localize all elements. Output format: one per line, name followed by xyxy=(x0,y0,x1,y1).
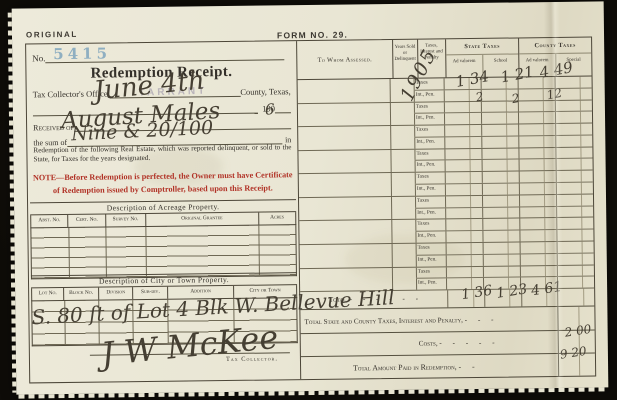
received-of-line: Received of xyxy=(33,118,291,132)
special-cell xyxy=(557,277,594,288)
special-cell xyxy=(556,218,593,229)
receipt-number-stamp: 5415 xyxy=(53,44,111,63)
costs-leader: - - - - - xyxy=(439,339,495,348)
col-abst-no: Abst. No. xyxy=(31,215,68,227)
redemption-body-text: Redemption of the following Real Estate,… xyxy=(33,143,291,165)
city-table-rows xyxy=(31,298,298,346)
special-cell xyxy=(556,171,593,182)
years-cell xyxy=(391,173,415,196)
intpen-row: Int., Pen. xyxy=(416,253,594,266)
years-header: Years Sold or Delinquent xyxy=(392,40,417,78)
special-cell xyxy=(557,241,594,252)
state-adval-cell xyxy=(446,266,483,277)
county-adval-cell xyxy=(519,230,556,241)
col-acres: Acres xyxy=(258,212,296,224)
state-adval-cell xyxy=(446,255,483,266)
intpen-row-label: Int., Pen. xyxy=(414,90,444,101)
assessment-row-pair: Taxes Int., Pen. xyxy=(298,147,592,174)
grand-total-leader: - - xyxy=(459,361,476,370)
intpen-row-label: Int., Pen. xyxy=(415,208,445,219)
assessment-header: To Whom Assessed. Years Sold or Delinque… xyxy=(297,38,591,81)
taxes-interest-header: Taxes, Interest and Penalty xyxy=(417,39,446,77)
special-cell xyxy=(555,124,592,135)
county-adval-cell xyxy=(520,265,557,276)
school-cell xyxy=(482,183,519,194)
whom-assessed-cell xyxy=(300,244,392,268)
state-adval-cell xyxy=(445,184,482,195)
total-label-text: Total, xyxy=(329,296,348,304)
column-rule xyxy=(105,227,107,277)
col-division: Division xyxy=(98,287,133,299)
state-county-total-row: Total State and County Taxes, Interest a… xyxy=(300,306,594,334)
assessment-row-pair: Taxes Int., Pen. xyxy=(298,77,592,104)
col-cert-no: Cert. No. xyxy=(68,215,106,227)
county-adval-cell xyxy=(518,89,555,100)
intpen-row-label: Int., Pen. xyxy=(414,114,444,125)
state-county-leader: - - - xyxy=(465,315,495,323)
received-of-label: Received of xyxy=(33,123,74,132)
intpen-row: Int., Pen. xyxy=(414,88,592,101)
state-adval-cell xyxy=(444,137,481,148)
col-addition: Addition xyxy=(167,286,233,299)
column-rule xyxy=(68,228,70,278)
school-cell xyxy=(481,148,518,159)
county-adval-cell xyxy=(520,242,557,253)
special-cell xyxy=(556,206,593,217)
county-special-header: Special xyxy=(555,54,592,76)
state-adval-cell xyxy=(445,160,482,171)
county-adval-cell xyxy=(518,112,555,123)
taxes-row-label: Taxes xyxy=(415,173,445,184)
intpen-row: Int., Pen. xyxy=(415,159,593,172)
total-school-cell xyxy=(484,289,521,306)
school-cell xyxy=(481,136,518,147)
scan-background: ORIGINAL FORM NO. 29. No. Redemption Rec… xyxy=(0,0,617,400)
state-adval-cell xyxy=(446,243,483,254)
county-adval-cell xyxy=(519,159,556,170)
perforated-left-edge xyxy=(8,13,17,393)
county-adval-cell xyxy=(520,277,557,288)
total-state-adval-cell xyxy=(448,290,485,307)
years-cell xyxy=(391,197,415,220)
taxes-row-label: Taxes xyxy=(414,149,444,160)
special-cell xyxy=(557,253,594,264)
acreage-table: Abst. No. Cert. No. Survey No. Original … xyxy=(30,212,297,279)
state-adval-cell xyxy=(445,231,482,242)
grand-total-label: Total Amount Paid in Redemption, xyxy=(353,362,457,372)
col-survey-no: Survey No. xyxy=(105,214,145,226)
state-adval-cell xyxy=(444,101,481,112)
state-adval-cell xyxy=(444,149,481,160)
costs-amount-box xyxy=(558,331,595,353)
state-adval-cell xyxy=(445,196,482,207)
special-cell xyxy=(556,230,593,241)
county-adval-cell xyxy=(520,254,557,265)
county-adval-cell xyxy=(519,195,556,206)
intpen-row-label: Int., Pen. xyxy=(415,161,445,172)
payer-blank xyxy=(74,118,291,132)
state-adval-cell xyxy=(444,90,481,101)
intpen-row-label: Int., Pen. xyxy=(416,279,446,290)
receipt-document: ORIGINAL FORM NO. 29. No. Redemption Rec… xyxy=(12,1,609,394)
whom-assessed-cell xyxy=(298,126,390,150)
whom-assessed-cell xyxy=(299,197,391,221)
school-cell xyxy=(481,125,518,136)
county-taxes-group: County Taxes Ad valorem Special xyxy=(518,38,591,77)
school-cell xyxy=(483,266,520,277)
column-rule xyxy=(167,300,169,344)
state-adval-cell xyxy=(445,172,482,183)
date-line: 190 xyxy=(33,102,291,116)
special-cell xyxy=(556,159,593,170)
assessment-row-pair: Taxes Int., Pen. xyxy=(299,171,593,198)
assessment-section: To Whom Assessed. Years Sold or Delinque… xyxy=(297,38,595,380)
taxes-row-label: Taxes xyxy=(415,196,445,207)
county-adval-cell xyxy=(518,77,555,88)
special-cell xyxy=(556,194,593,205)
county-adval-cell xyxy=(519,207,556,218)
total-label: Total, - - - - - - xyxy=(300,290,448,309)
school-cell xyxy=(483,278,520,289)
taxes-row-label: Taxes xyxy=(416,243,446,254)
county-adval-cell xyxy=(519,171,556,182)
assessment-row-pair: Taxes Int., Pen. xyxy=(298,124,592,151)
county-adval-cell xyxy=(519,218,556,229)
column-rule xyxy=(233,299,235,343)
col-original-grantee: Original Grantee xyxy=(145,213,258,226)
whom-assessed-cell xyxy=(300,268,392,292)
county-adval-cell xyxy=(519,183,556,194)
costs-label: Costs, xyxy=(419,339,438,347)
years-cell xyxy=(392,267,416,290)
assessment-row-pair: Taxes Int., Pen. xyxy=(298,100,592,127)
county-adval-cell xyxy=(518,136,555,147)
years-cell xyxy=(390,79,414,102)
original-label: ORIGINAL xyxy=(26,30,78,40)
school-cell xyxy=(481,101,518,112)
state-adval-cell xyxy=(445,207,482,218)
intpen-row: Int., Pen. xyxy=(415,183,593,196)
tax-collector-label: Tax Collector. xyxy=(226,355,278,363)
total-leader: - - - - - - xyxy=(350,295,419,304)
whom-assessed-cell xyxy=(298,103,390,127)
col-lot-no: Lot No. xyxy=(32,288,63,300)
school-cell xyxy=(481,89,518,100)
intpen-row: Int., Pen. xyxy=(416,277,594,290)
column-rule xyxy=(64,301,66,345)
school-cell xyxy=(482,172,519,183)
special-cell xyxy=(555,135,592,146)
school-cell xyxy=(483,242,520,253)
assessment-body: Taxes Int., Pen. Taxes xyxy=(298,77,595,293)
year-printed: 190 xyxy=(258,103,275,113)
school-cell xyxy=(481,113,518,124)
state-adval-cell xyxy=(446,278,483,289)
comptroller-note: NOTE—Before Redemption is perfected, the… xyxy=(32,168,294,197)
intpen-row: Int., Pen. xyxy=(415,230,593,243)
special-cell xyxy=(555,77,592,88)
receipt-border-box: No. Redemption Receipt. Tax Collector's … xyxy=(25,37,596,384)
whom-assessed-cell xyxy=(299,173,391,197)
column-rule xyxy=(145,227,147,277)
date-blank xyxy=(33,103,258,117)
state-adval-cell xyxy=(444,78,481,89)
years-cell xyxy=(391,220,415,243)
receipt-number-label: No. xyxy=(32,53,45,63)
school-cell xyxy=(482,207,519,218)
intpen-row-label: Int., Pen. xyxy=(414,137,444,148)
years-cell xyxy=(390,126,414,149)
special-cell xyxy=(555,100,592,111)
school-cell xyxy=(482,195,519,206)
intpen-row-label: Int., Pen. xyxy=(415,184,445,195)
total-county-adval-cell xyxy=(521,289,558,306)
column-rule xyxy=(98,301,100,345)
whom-assessed-header: To Whom Assessed. xyxy=(297,40,393,79)
intpen-row: Int., Pen. xyxy=(415,206,593,219)
col-subdiv: Sub-div. xyxy=(132,287,167,299)
col-city-town: City or Town xyxy=(233,285,296,298)
office-label: Tax Collector's Office, xyxy=(33,88,110,99)
grand-total-amount-box xyxy=(558,354,595,376)
state-county-total-amount-box xyxy=(557,307,594,330)
state-county-total-label: Total State and County Taxes, Interest a… xyxy=(304,316,463,326)
assessment-row-pair: Taxes Int., Pen. xyxy=(299,218,593,245)
acreage-table-rows xyxy=(30,225,297,279)
taxes-row-label: Taxes xyxy=(416,267,446,278)
special-cell xyxy=(556,183,593,194)
receipt-title: Redemption Receipt. xyxy=(26,63,296,83)
special-cell xyxy=(557,265,594,276)
special-cell xyxy=(555,88,592,99)
intpen-row: Int., Pen. xyxy=(414,135,592,148)
state-adval-cell xyxy=(445,219,482,230)
column-rule xyxy=(258,226,260,276)
school-cell xyxy=(482,160,519,171)
county-adval-cell xyxy=(518,124,555,135)
column-rule xyxy=(133,300,135,344)
years-cell xyxy=(390,102,414,125)
total-row: Total, - - - - - - xyxy=(300,289,594,310)
school-cell xyxy=(482,231,519,242)
school-cell xyxy=(483,254,520,265)
taxes-row-label: Taxes xyxy=(414,102,444,113)
whom-assessed-cell xyxy=(298,150,390,174)
state-adval-cell xyxy=(444,113,481,124)
state-ad-valorem-header: Ad valorem xyxy=(446,55,482,77)
school-cell xyxy=(481,77,518,88)
special-cell xyxy=(555,112,592,123)
county-adval-cell xyxy=(518,148,555,159)
state-taxes-title: State Taxes xyxy=(446,38,518,55)
whom-assessed-cell xyxy=(298,79,390,103)
special-cell xyxy=(555,147,592,158)
taxes-row-label: Taxes xyxy=(415,220,445,231)
year-blank xyxy=(275,102,291,113)
county-taxes-title: County Taxes xyxy=(519,38,591,55)
county-state-label: County, Texas, xyxy=(240,86,291,97)
assessment-row-pair: Taxes Int., Pen. xyxy=(300,241,594,268)
county-adval-cell xyxy=(518,101,555,112)
assessment-row-pair: Taxes Int., Pen. xyxy=(299,194,593,221)
state-adval-cell xyxy=(444,125,481,136)
col-block-no: Block No. xyxy=(63,288,98,300)
intpen-row: Int., Pen. xyxy=(414,112,592,125)
grand-total-row: Total Amount Paid in Redemption, - - xyxy=(301,353,595,380)
county-name-stamp: TARRANT xyxy=(139,86,208,99)
whom-assessed-cell xyxy=(299,220,391,244)
deckled-bottom-edge xyxy=(18,387,606,398)
years-cell xyxy=(392,244,416,267)
city-table: Lot No. Block No. Division Sub-div. Addi… xyxy=(31,285,298,346)
school-cell xyxy=(482,219,519,230)
state-school-header: School xyxy=(482,54,519,76)
taxes-row-label: Taxes xyxy=(414,125,444,136)
intpen-row-label: Int., Pen. xyxy=(415,232,445,243)
total-special-cell xyxy=(557,289,594,306)
county-ad-valorem-header: Ad valorem xyxy=(519,54,555,76)
taxes-row-label: Taxes xyxy=(414,78,444,89)
state-taxes-group: State Taxes Ad valorem School xyxy=(445,38,518,77)
years-cell xyxy=(391,149,415,172)
intpen-row-label: Int., Pen. xyxy=(416,255,446,266)
